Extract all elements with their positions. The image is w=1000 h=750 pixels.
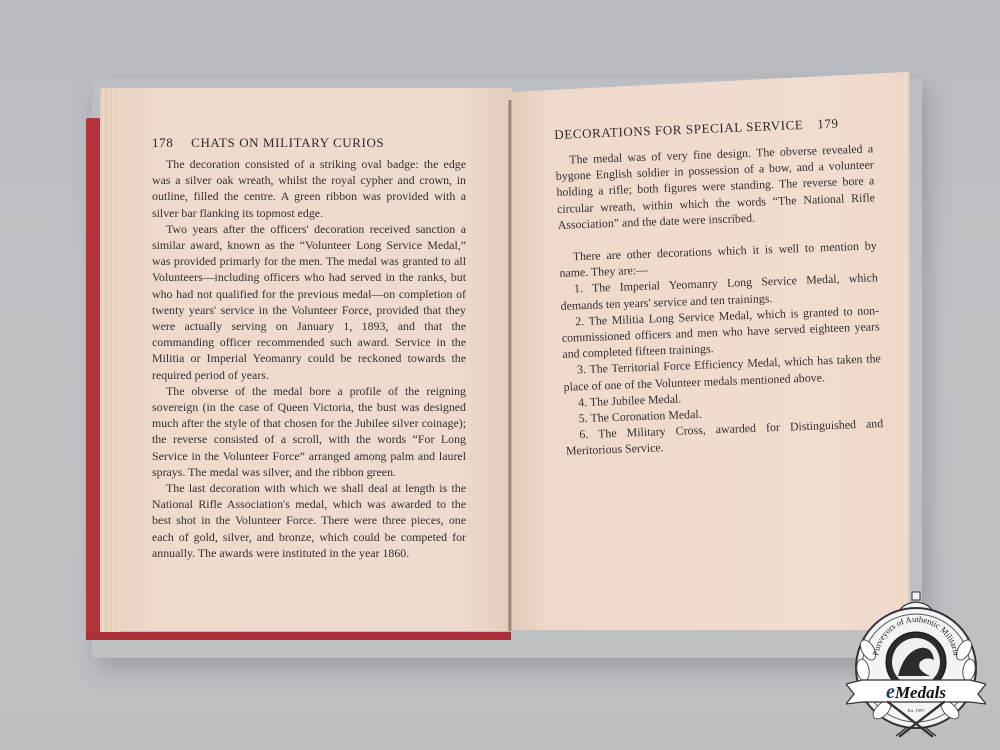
svg-text:eMedals: eMedals bbox=[886, 681, 946, 703]
page-block-edges bbox=[100, 88, 122, 632]
svg-text:Est. 1997: Est. 1997 bbox=[907, 708, 925, 713]
right-page-number: 179 bbox=[817, 116, 839, 132]
paragraph: The decoration consisted of a striking o… bbox=[152, 156, 466, 221]
left-running-title: CHATS ON MILITARY CURIOS bbox=[191, 135, 384, 150]
left-page-number: 178 bbox=[152, 135, 173, 150]
left-running-head: 178 CHATS ON MILITARY CURIOS bbox=[152, 135, 466, 151]
paragraph: The last decoration with which we shall … bbox=[152, 480, 466, 561]
paragraph: The obverse of the medal bore a profile … bbox=[152, 383, 466, 480]
paragraph: The medal was of very fine design. The o… bbox=[555, 140, 876, 233]
emedals-badge-icon: Purveyors of Authentic Militaria eMedals… bbox=[846, 590, 986, 745]
paragraph: Two years after the officers' decoration… bbox=[152, 221, 466, 383]
emedals-watermark-logo: Purveyors of Authentic Militaria eMedals… bbox=[846, 590, 986, 745]
book-gutter bbox=[508, 100, 512, 631]
right-page-text: The medal was of very fine design. The o… bbox=[555, 140, 884, 459]
left-page-text: The decoration consisted of a striking o… bbox=[152, 156, 466, 561]
right-page-edge bbox=[902, 72, 910, 660]
book-cover-bottom-edge bbox=[86, 632, 511, 640]
